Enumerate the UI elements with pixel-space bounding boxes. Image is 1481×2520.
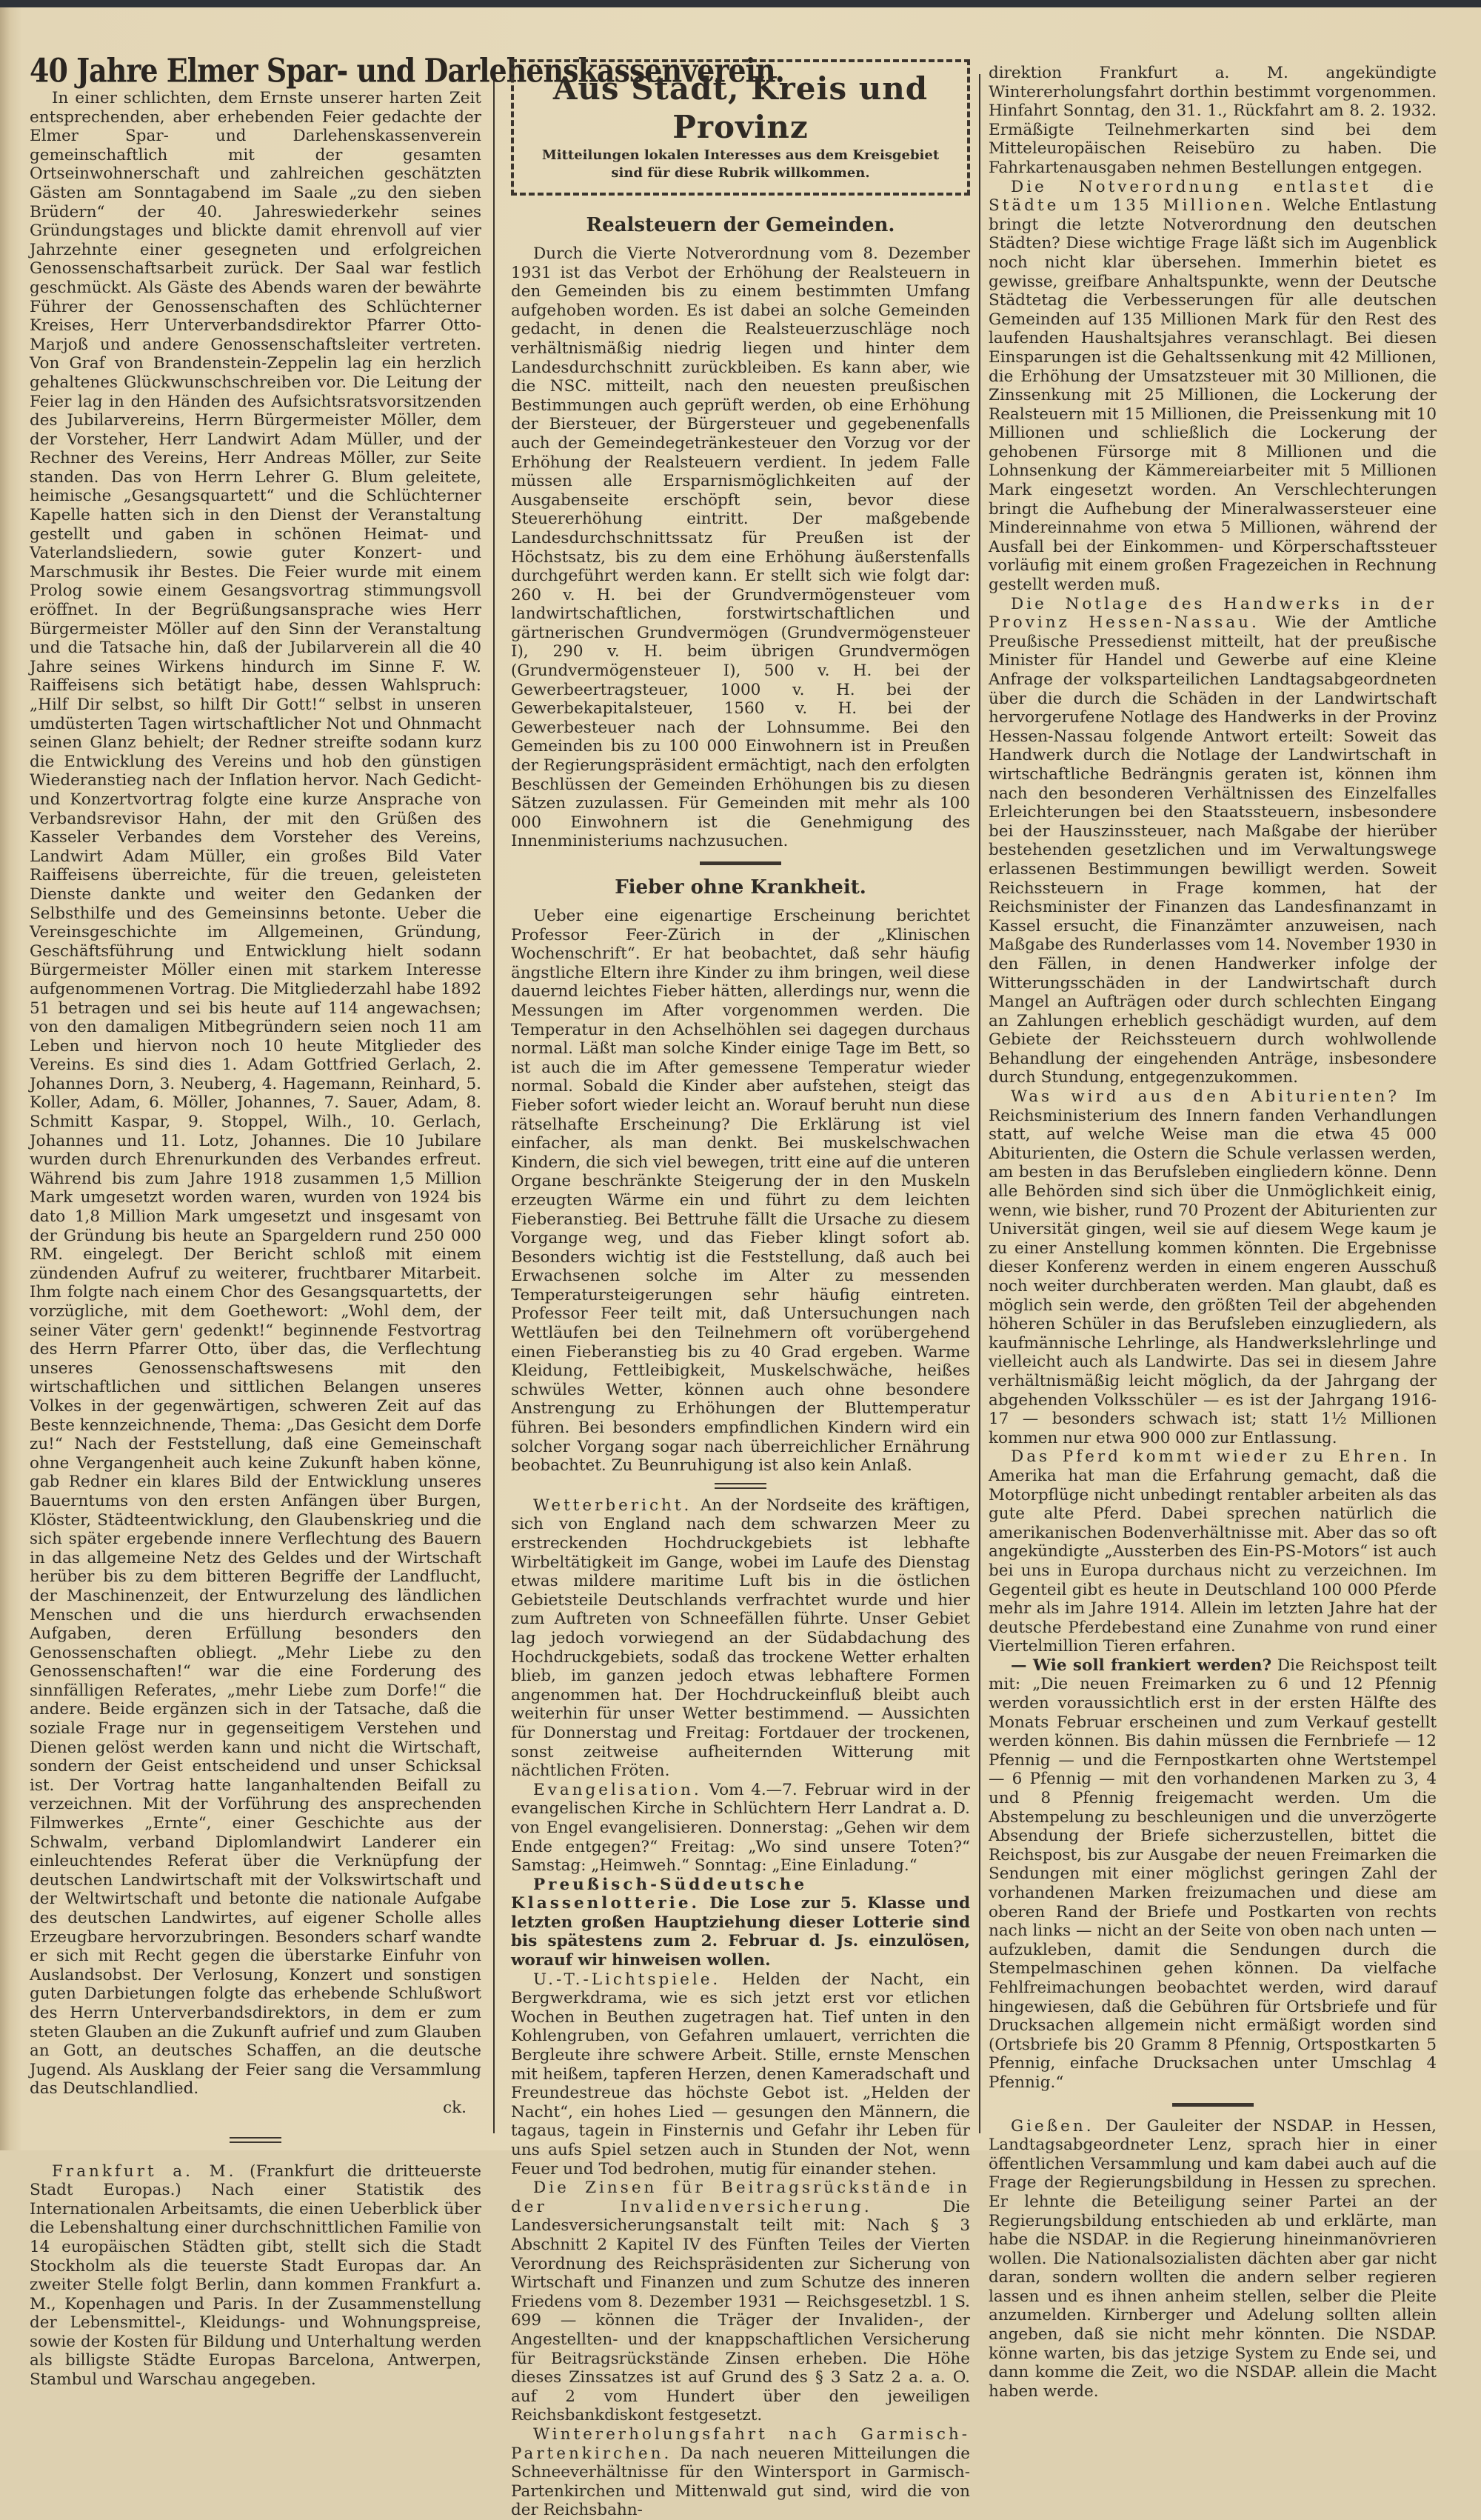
article-body: In einer schlichten, dem Ernste unserer … <box>30 89 481 2099</box>
column-rule <box>493 74 495 2133</box>
column-rule <box>979 74 980 2133</box>
article-lead: Das Pferd kommt wieder zu Ehren. <box>1011 1447 1411 1466</box>
article-text: In Amerika hat man die Erfahrung gemacht… <box>989 1447 1437 1656</box>
author-signature: ck. <box>30 2099 481 2118</box>
article-lead: Evangelisation. <box>533 1781 702 1799</box>
article-lead: Wetterbericht. <box>533 1496 692 1515</box>
middle-column: Aus Stadt, Kreis und Provinz Mitteilunge… <box>511 52 970 2150</box>
article-text: Helden der Nacht, ein Bergwerkdrama, wie… <box>511 1970 970 2150</box>
section-divider <box>1172 2103 1254 2107</box>
article-notverordnung: Die Notverordnung entlastet die Städte u… <box>989 178 1437 595</box>
article-lead: — Wie soll frankiert werden? <box>1011 1656 1271 1675</box>
article-text: Wie der Amtliche Preußische Pressedienst… <box>989 613 1437 1087</box>
article-handwerk: Die Notlage des Handwerks in der Provinz… <box>989 595 1437 1087</box>
left-column: 40 Jahre Elmer Spar- und Darlehenskassen… <box>30 52 481 2150</box>
article-evangelisation: Evangelisation. Vom 4.—7. Februar wird i… <box>511 1781 970 1876</box>
article-text: Im Reichsministerium des Innern fanden V… <box>989 1087 1437 1447</box>
article-giessen: Gießen. Der Gauleiter der NSDAP. in Hess… <box>989 2117 1437 2150</box>
rubric-box: Aus Stadt, Kreis und Provinz Mitteilunge… <box>511 59 970 196</box>
article-body: Durch die Vierte Notverordnung vom 8. De… <box>511 244 970 851</box>
section-divider <box>700 861 781 865</box>
article-lotterie: Preußisch-Süddeutsche Klassenlotterie. D… <box>511 1876 970 1970</box>
right-column: direktion Frankfurt a. M. angekündigte W… <box>989 64 1437 2150</box>
article-lead: Gießen. <box>1011 2117 1094 2136</box>
section-divider <box>715 1483 766 1489</box>
rubric-subtitle: sind für diese Rubrik willkommen. <box>521 164 960 182</box>
article-body: Ueber eine eigenartige Erscheinung beric… <box>511 907 970 1476</box>
page-top-edge <box>0 0 1481 7</box>
article-pferd: Das Pferd kommt wieder zu Ehren. In Amer… <box>989 1447 1437 1656</box>
article-continuation: direktion Frankfurt a. M. angekündigte W… <box>989 64 1437 178</box>
section-heading: Realsteuern der Gemeinden. <box>511 213 970 237</box>
section-heading: Fieber ohne Krankheit. <box>511 876 970 899</box>
rubric-subtitle: Mitteilungen lokalen Interesses aus dem … <box>521 147 960 164</box>
section-divider <box>230 2137 281 2143</box>
headline: 40 Jahre Elmer Spar- und Darlehenskassen… <box>30 52 481 90</box>
newspaper-page: 40 Jahre Elmer Spar- und Darlehenskassen… <box>0 0 1481 2150</box>
article-text: An der Nordseite des kräftigen, sich von… <box>511 1496 970 1780</box>
article-frankiert: — Wie soll frankiert werden? Die Reichsp… <box>989 1656 1437 2093</box>
article-lead: Was wird aus den Abiturienten? <box>1011 1087 1400 1106</box>
article-lichtspiele: U.-T.-Lichtspiele. Helden der Nacht, ein… <box>511 1970 970 2150</box>
article-wetter: Wetterbericht. An der Nordseite des kräf… <box>511 1496 970 1781</box>
article-text: Die Reichspost teilt mit: „Die neuen Fre… <box>989 1656 1437 2092</box>
article-lead: U.-T.-Lichtspiele. <box>533 1970 721 1989</box>
article-abiturienten: Was wird aus den Abiturienten? Im Reichs… <box>989 1087 1437 1447</box>
rubric-title: Aus Stadt, Kreis und Provinz <box>521 70 960 147</box>
article-text: Welche Entlastung bringt die letzte Notv… <box>989 196 1437 594</box>
